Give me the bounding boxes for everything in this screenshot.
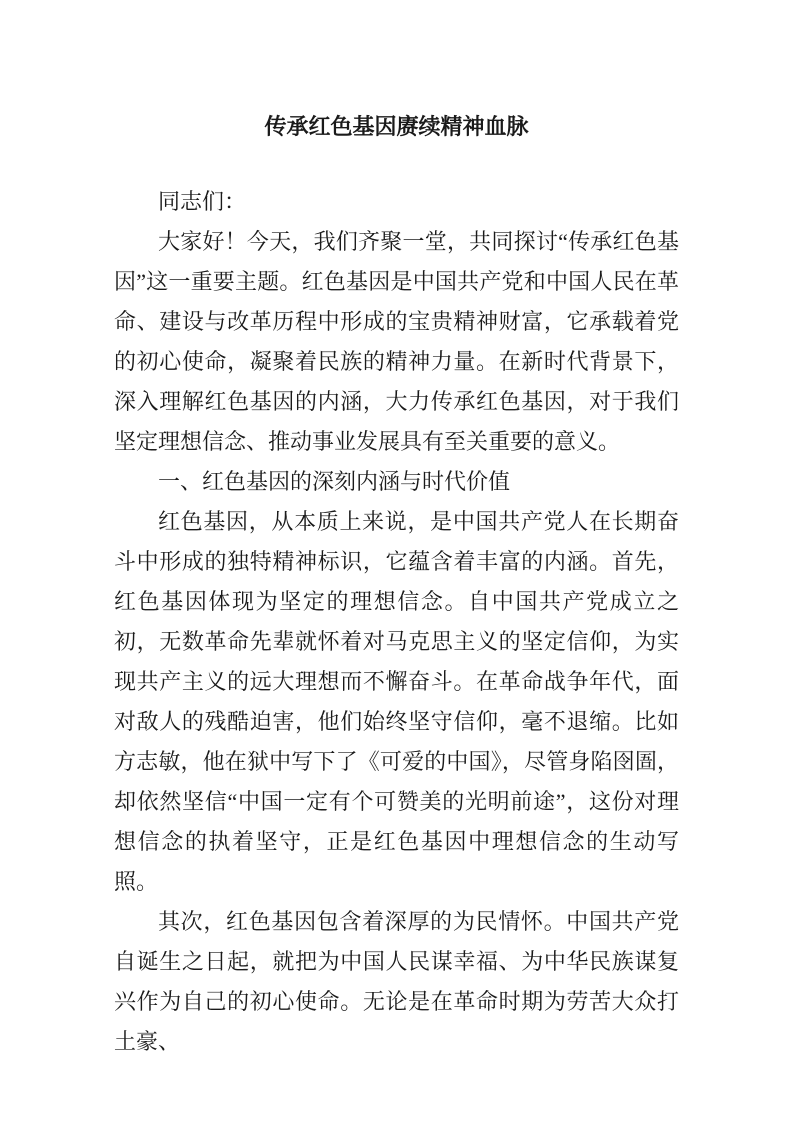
section-heading-1: 一、红色基因的深刻内涵与时代价值 [114, 462, 679, 502]
document-body: 同志们： 大家好！今天，我们齐聚一堂，共同探讨“传承红色基因”这一重要主题。红色… [114, 182, 679, 1062]
document-title: 传承红色基因赓续精神血脉 [114, 111, 679, 143]
paragraph-opening: 大家好！今天，我们齐聚一堂，共同探讨“传承红色基因”这一重要主题。红色基因是中国… [114, 222, 679, 462]
salutation: 同志们： [114, 182, 679, 222]
paragraph-people-sentiment: 其次，红色基因包含着深厚的为民情怀。中国共产党自诞生之日起，就把为中国人民谋幸福… [114, 902, 679, 1062]
paragraph-ideal-belief: 红色基因，从本质上来说，是中国共产党人在长期奋斗中形成的独特精神标识，它蕴含着丰… [114, 502, 679, 902]
document-page: 传承红色基因赓续精神血脉 同志们： 大家好！今天，我们齐聚一堂，共同探讨“传承红… [0, 0, 793, 1122]
